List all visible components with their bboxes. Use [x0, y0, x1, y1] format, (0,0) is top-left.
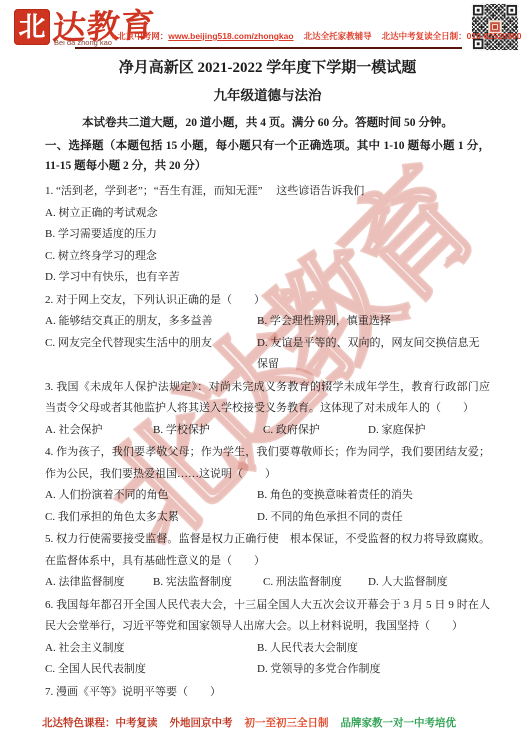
question-1-option-c: C. 树立终身学习的理念: [45, 246, 490, 268]
exam-content: 净月高新区 2021-2022 学年度下学期一模试题 九年级道德与法治 本试卷共…: [45, 55, 490, 703]
site-label: 北京中考网：: [117, 31, 168, 41]
question-6-options-row-2: C. 全国人民代表制度 D. 党领导的多党合作制度: [45, 659, 490, 681]
question-6-text: 6. 我国每年都召开全国人民代表大会，十三届全国人大五次会议开幕会于 3 月 5…: [45, 595, 490, 638]
red-square-bullet-icon: ■: [112, 34, 116, 41]
logo-seal-icon: 北: [14, 9, 50, 45]
question-5-text: 5. 权力行使需要接受监督。监督是权力正确行使 根本保证，不受监督的权力将导致腐…: [45, 529, 490, 572]
header-divider: [75, 47, 462, 49]
question-6: 6. 我国每年都召开全国人民代表大会，十三届全国人大五次会议开幕会于 3 月 5…: [45, 595, 490, 681]
question-4-text: 4. 作为孩子，我们要孝敬父母；作为学生，我们要尊敬师长；作为同学，我们要团结友…: [45, 442, 490, 485]
question-3-options-row: A. 社会保护 B. 学校保护 C. 政府保护 D. 家庭保护: [45, 420, 490, 442]
question-7: 7. 漫画《平等》说明平等要（ ）: [45, 682, 490, 704]
logo-subtext: Bei da zhong kao: [54, 38, 112, 47]
question-3-option-d: D. 家庭保护: [368, 420, 425, 442]
question-1-option-d: D. 学习中有快乐，也有辛苦: [45, 267, 490, 289]
question-2-option-a: A. 能够结交真正的朋友，多多益善: [45, 311, 257, 333]
question-1: 1. “活到老，学到老”；“吾生有涯，而知无涯” 这些谚语告诉我们 A. 树立正…: [45, 181, 490, 289]
footer-course-3: 初一至初三全日制: [245, 717, 329, 729]
question-4-option-d: D. 不同的角色承担不同的责任: [257, 507, 402, 529]
question-7-text: 7. 漫画《平等》说明平等要（ ）: [45, 682, 490, 704]
question-3-option-a: A. 社会保护: [45, 420, 153, 442]
question-4-options-row-2: C. 我们承担的角色太多太累 D. 不同的角色承担不同的责任: [45, 507, 490, 529]
site-url-link[interactable]: www.beijing518.com/zhongkao: [168, 31, 293, 41]
header-info-line: ■北京中考网：www.beijing518.com/zhongkao北达全托家教…: [112, 30, 521, 42]
page-title: 净月高新区 2021-2022 学年度下学期一模试题: [45, 57, 490, 79]
question-list: 1. “活到老，学到老”；“吾生有涯，而知无涯” 这些谚语告诉我们 A. 树立正…: [45, 181, 490, 703]
question-4-option-c: C. 我们承担的角色太多太累: [45, 507, 257, 529]
footer-label: 北达特色课程：: [42, 717, 116, 729]
question-2-options-row-2: C. 网友完全代替现实生活中的朋友 D. 友谊是平等的、双向的，网友间交换信息无…: [45, 333, 490, 376]
footer-course-1: 中考复读: [116, 717, 158, 729]
question-2-option-d: D. 友谊是平等的、双向的，网友间交换信息无保留: [257, 333, 490, 376]
header-tagline-2: 北达中考复读全日制：: [382, 31, 467, 41]
footer-courses-line: 北达特色课程：中考复读外地回京中考初一至初三全日制品牌家教一对一中考培优: [0, 715, 514, 730]
question-4-option-a: A. 人们扮演着不同的角色: [45, 485, 257, 507]
question-5: 5. 权力行使需要接受监督。监督是权力正确行使 根本保证，不受监督的权力将导致腐…: [45, 529, 490, 594]
question-4-options-row-1: A. 人们扮演着不同的角色 B. 角色的变换意味着责任的消失: [45, 485, 490, 507]
footer-course-2: 外地回京中考: [170, 717, 233, 729]
question-6-options-row-1: A. 社会主义制度 B. 人民代表大会制度: [45, 638, 490, 660]
beida-logo: 北 达教育 Bei da zhong kao: [14, 7, 174, 49]
question-3-option-b: B. 学校保护: [153, 420, 263, 442]
question-2-text: 2. 对于网上交友，下列认识正确的是（ ）: [45, 290, 490, 312]
question-1-option-a: A. 树立正确的考试观念: [45, 203, 490, 225]
exam-intro: 本试卷共二道大题，20 道小题，共 4 页。满分 60 分。答题时间 50 分钟…: [45, 115, 490, 131]
question-1-text: 1. “活到老，学到老”；“吾生有涯，而知无涯” 这些谚语告诉我们: [45, 181, 490, 203]
question-6-option-a: A. 社会主义制度: [45, 638, 257, 660]
question-3-text: 3. 我国《未成年人保护法规定》：对尚未完成义务教育的辍学未成年学生，教育行政部…: [45, 377, 490, 420]
question-5-option-c: C. 刑法监督制度: [263, 572, 368, 594]
footer-course-4: 品牌家教一对一中考培优: [341, 717, 457, 729]
question-6-option-b: B. 人民代表大会制度: [257, 638, 358, 660]
header-tagline-1: 北达全托家教辅导: [304, 31, 372, 41]
question-4-option-b: B. 角色的变换意味着责任的消失: [257, 485, 413, 507]
qr-code-icon: [471, 3, 519, 51]
question-5-option-b: B. 宪法监督制度: [153, 572, 263, 594]
question-3: 3. 我国《未成年人保护法规定》：对尚未完成义务教育的辍学未成年学生，教育行政部…: [45, 377, 490, 442]
question-6-option-d: D. 党领导的多党合作制度: [257, 659, 380, 681]
question-2: 2. 对于网上交友，下列认识正确的是（ ） A. 能够结交真正的朋友，多多益善 …: [45, 290, 490, 376]
question-2-options-row-1: A. 能够结交真正的朋友，多多益善 B. 学会理性辨别，慎重选择: [45, 311, 490, 333]
question-6-option-c: C. 全国人民代表制度: [45, 659, 257, 681]
question-3-option-c: C. 政府保护: [263, 420, 368, 442]
question-4: 4. 作为孩子，我们要孝敬父母；作为学生，我们要尊敬师长；作为同学，我们要团结友…: [45, 442, 490, 528]
question-1-option-b: B. 学习需要适度的压力: [45, 224, 490, 246]
question-2-option-c: C. 网友完全代替现实生活中的朋友: [45, 333, 257, 376]
question-5-option-d: D. 人大监督制度: [368, 572, 447, 594]
question-5-options-row: A. 法律监督制度 B. 宪法监督制度 C. 刑法监督制度 D. 人大监督制度: [45, 572, 490, 594]
section-1-heading: 一、选择题（本题包括 15 小题，每小题只有一个正确选项。其中 1-10 题每小…: [45, 137, 490, 176]
exam-paper-page: 北达教育 北 达教育 Bei da zhong kao ■北京中考网：www.b…: [0, 0, 530, 749]
page-subtitle: 九年级道德与法治: [45, 86, 490, 106]
question-5-option-a: A. 法律监督制度: [45, 572, 153, 594]
header-phone: 010-62526900: [467, 31, 522, 41]
question-2-option-b: B. 学会理性辨别，慎重选择: [257, 311, 391, 333]
